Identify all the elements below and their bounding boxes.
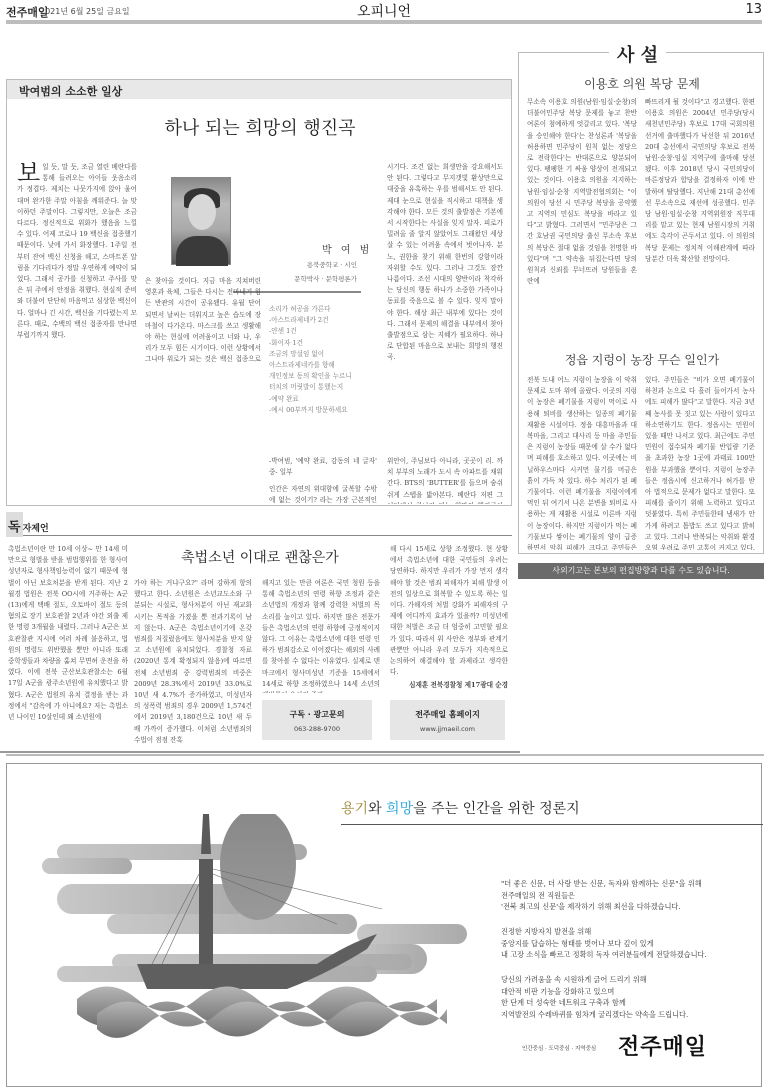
page-header: 전주매일 2021년 6월 25일 금요일 오피니언 13 xyxy=(0,0,768,24)
essay-col2: 은 찾아올 것이다. 지금 마음 지쳐버린 영혼과 육체, 그들은 다시는 전마… xyxy=(145,276,261,362)
essay-col4-end: 위안이, 주님보다 아니라, 곳곳이 리. 까치 부부의 노래가 도시 속 아파… xyxy=(387,456,503,504)
reader-section-small: 자제언 xyxy=(23,524,49,534)
reader-byline: 심재훈 전북경찰청 제17광대 순경 xyxy=(390,680,508,692)
column-name: 박여범의 소소한 일상 xyxy=(7,80,511,99)
essay-title: 하나 되는 희망의 행진곡 xyxy=(7,114,513,140)
editorial-title-2: 정읍 지렁이 농장 무슨 일인가 xyxy=(519,351,765,368)
reader-col1: 촉법소년이란 만 10세 이상~ 만 14세 미만으로 형벌을 받을 범법행위를… xyxy=(8,544,128,749)
section-divider xyxy=(0,751,520,753)
sailing-ship-illustration xyxy=(27,814,487,1064)
author-affiliation-2: 문학박사 · 문학평론가 xyxy=(257,274,357,285)
essay-col4: 시기다. 조건 없는 희생만을 강요해서도 안 된다. 그렇다고 무지갯빛 환상… xyxy=(387,162,503,452)
page-number: 13 xyxy=(745,2,762,17)
essay-col3: 인간은 자연의 위대함에 굴복할 수밖에 없는 것이기? 라는 가장 근본적인 … xyxy=(269,484,377,506)
editorial-1-col2: 빠뜨리게 될 것이다"고 경고했다. 한편 이용호 의원은 2004년 민주당(… xyxy=(645,97,755,337)
editorial-2-col2: 있다. 주민들은 "비가 오면 폐기물이 하천과 논으로 다 흘러 들어가서 농… xyxy=(645,375,755,550)
editorial-title-1: 이용호 의원 복당 문제 xyxy=(519,75,765,92)
editorial-box: 사 설 이용호 의원 복당 문제 무소속 이용호 의원(남원·임실·순창)의 더… xyxy=(518,52,764,554)
reader-section-header: 독자제언 xyxy=(6,512,512,536)
reader-section-big: 독 xyxy=(6,512,23,537)
section-title: 오피니언 xyxy=(0,1,768,21)
author-photo xyxy=(171,177,231,265)
ad-headline: 용기와 희망을 주는 인간을 위한 정론지 xyxy=(341,798,580,818)
poem: 소리가 허공을 가른다 -아스트라제네카 2건 -얀센 1건 -화이자 1건 조… xyxy=(269,304,377,454)
reader-col4: 해 다시 15세로 상향 조정했다. 현 상황에서 촉법소년에 대한 국민들의 … xyxy=(390,544,508,678)
editorial-2-col1: 전북 도내 어느 지렁이 농장을 이 악취 문제로 도마 위에 올랐다. 이곳의… xyxy=(527,375,637,550)
ad-paragraph-2: 진정한 지방자치 발전을 위해 중앙지를 답습하는 형태를 벗어나 보다 깊이 … xyxy=(501,926,707,961)
editorial-heading: 사 설 xyxy=(609,41,666,67)
reader-title: 촉법소년 이대로 괜찮은가 xyxy=(140,547,380,567)
author-affiliation-1: 용북중학교 · 시인 xyxy=(257,260,357,271)
ad-slogan: 인간중심 · 도덕중심 · 지역중심 xyxy=(522,1044,596,1052)
ad-paragraph-1: "더 좋은 신문, 더 사랑 받는 신문, 독자와 함께하는 신문"을 위해 전… xyxy=(501,878,702,913)
subscribe-phone[interactable]: 063-288-9700 xyxy=(262,725,372,733)
subscribe-box: 구독 · 광고문의 063-288-9700 xyxy=(262,700,372,740)
header-divider xyxy=(6,20,762,24)
ad-headline-rule xyxy=(341,824,763,825)
reader-col3: 해지고 있는 만큼 여론은 국민 청원 등을 통해 촉법소년의 연령 하향 조정… xyxy=(262,578,380,693)
ad-paragraph-3: 당신의 가려움을 속 시원하게 긁어 드리기 위해 대안적 비판 기능을 강화하… xyxy=(501,974,688,1020)
editorial-1-col1: 무소속 이용호 의원(남원·임실·순창)의 더불어민주당 복당 문제를 놓고 찬… xyxy=(527,97,637,337)
homepage-box: 전주매일 홈페이지 www.jjmaeil.com xyxy=(390,700,505,740)
poem-source: -박여범, '예약 완료, 감동의 네 글자' 중- 일부 xyxy=(269,456,377,480)
ad-divider xyxy=(6,754,764,756)
author-name: 박 여 범 xyxy=(322,241,372,256)
ad-logo: 전주매일 xyxy=(618,1030,707,1061)
disclaimer-banner: 사외기고는 본보의 편집방향과 다를 수도 있습니다. xyxy=(518,563,764,579)
homepage-title: 전주매일 홈페이지 xyxy=(390,709,505,720)
essay-col1: 보일 듯, 말 듯, 조금 열린 베란다를 통해 들려오는 아이들 웃음소리가 … xyxy=(17,162,137,504)
reader-col2: 가야 하는 거냐구요?" 라며 강하게 항의했다고 한다. 소년원은 소년교도소… xyxy=(134,578,252,748)
subscribe-title: 구독 · 광고문의 xyxy=(262,709,372,720)
dropcap: 보 xyxy=(17,162,40,184)
homepage-url[interactable]: www.jjmaeil.com xyxy=(390,725,505,733)
essay-column: 박여범의 소소한 일상 하나 되는 희망의 행진곡 보일 듯, 말 듯, 조금 … xyxy=(6,79,512,506)
